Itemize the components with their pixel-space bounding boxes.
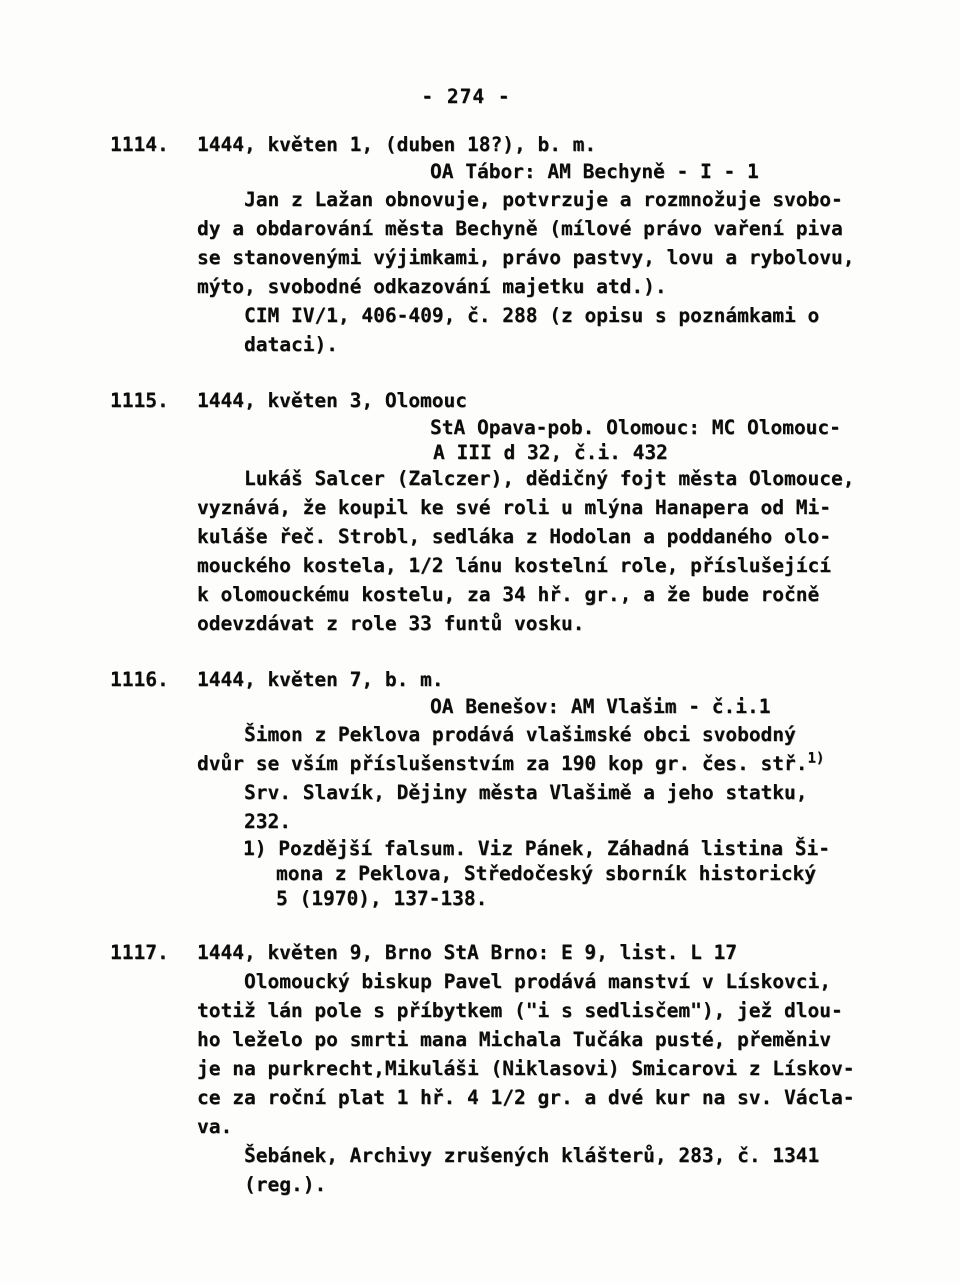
- text-line: 5 (1970), 137-138.: [276, 886, 960, 911]
- text-line: 1) Pozdější falsum. Viz Pánek, Záhadná l…: [243, 836, 960, 861]
- text-line: je na purkrecht,Mikuláši (Niklasovi) Smi…: [197, 1054, 960, 1083]
- text-line: mona z Peklova, Středočeský sborník hist…: [276, 861, 960, 886]
- text-line: (reg.).: [244, 1170, 960, 1199]
- entry-content: 1444, květen 7, b. m.OA Benešov: AM Vlaš…: [197, 665, 960, 911]
- page-number: - 274 -: [102, 86, 830, 108]
- text-line: mýto, svobodné odkazování majetku atd.).: [197, 272, 960, 301]
- text-line: se stanovenými výjimkami, právo pastvy, …: [197, 243, 960, 272]
- entry-number: 1116.: [102, 665, 197, 911]
- catalog-entry: 1114.1444, květen 1, (duben 18?), b. m.O…: [102, 130, 960, 359]
- text-line: kuláše řeč. Strobl, sedláka z Hodolan a …: [197, 522, 960, 551]
- entry-number: 1117.: [102, 938, 197, 1199]
- text-line: ce za roční plat 1 hř. 4 1/2 gr. a dvé k…: [197, 1083, 960, 1112]
- text-line: Srv. Slavík, Dějiny města Vlašimě a jeho…: [244, 778, 960, 807]
- text-line: Olomoucký biskup Pavel prodává manství v…: [244, 967, 960, 996]
- text-line: ho leželo po smrti mana Michala Tučáka p…: [197, 1025, 960, 1054]
- text-line: dy a obdarování města Bechyně (mílové pr…: [197, 214, 960, 243]
- text-line: OA Benešov: AM Vlašim - č.i.1: [430, 694, 960, 720]
- text-line: va.: [197, 1112, 960, 1141]
- entry-content: 1444, květen 3, OlomoucStA Opava-pob. Ol…: [197, 386, 960, 638]
- text-line: StA Opava-pob. Olomouc: MC Olomouc-: [430, 415, 960, 441]
- text-line: 1444, květen 3, Olomouc: [197, 386, 960, 415]
- text-line: dataci).: [244, 330, 960, 359]
- text-line: 1444, květen 7, b. m.: [197, 665, 960, 694]
- text-line: 1444, květen 9, Brno StA Brno: E 9, list…: [197, 938, 960, 967]
- text-line: 1444, květen 1, (duben 18?), b. m.: [197, 130, 960, 159]
- text-line: OA Tábor: AM Bechyně - I - 1: [430, 159, 960, 185]
- text-line: mouckého kostela, 1/2 lánu kostelní role…: [197, 551, 960, 580]
- catalog-entry: 1117.1444, květen 9, Brno StA Brno: E 9,…: [102, 938, 960, 1199]
- entry-content: 1444, květen 9, Brno StA Brno: E 9, list…: [197, 938, 960, 1199]
- entries-list: 1114.1444, květen 1, (duben 18?), b. m.O…: [102, 130, 960, 1199]
- text-line: CIM IV/1, 406-409, č. 288 (z opisu s poz…: [244, 301, 960, 330]
- footnote-ref: 1): [807, 751, 824, 767]
- text-line: Šimon z Peklova prodává vlašimské obci s…: [244, 720, 960, 749]
- entry-number: 1115.: [102, 386, 197, 638]
- text-line: odevzdávat z role 33 funtů vosku.: [197, 609, 960, 638]
- catalog-entry: 1115.1444, květen 3, OlomoucStA Opava-po…: [102, 386, 960, 638]
- entry-content: 1444, květen 1, (duben 18?), b. m.OA Táb…: [197, 130, 960, 359]
- text-line: totiž lán pole s příbytkem ("i s sedlisč…: [197, 996, 960, 1025]
- entry-number: 1114.: [102, 130, 197, 359]
- document-page: - 274 - 1114.1444, květen 1, (duben 18?)…: [0, 0, 960, 1285]
- text-line: 232.: [244, 807, 960, 836]
- text-line: A III d 32, č.i. 432: [433, 441, 960, 464]
- text-line: Lukáš Salcer (Zalczer), dědičný fojt měs…: [244, 464, 960, 493]
- text-line: Šebánek, Archivy zrušených klášterů, 283…: [244, 1141, 960, 1170]
- text-line: dvůr se vším příslušenstvím za 190 kop g…: [197, 749, 960, 778]
- text-line: k olomouckému kostelu, za 34 hř. gr., a …: [197, 580, 960, 609]
- text-line: vyznává, že koupil ke své roli u mlýna H…: [197, 493, 960, 522]
- text-line: Jan z Lažan obnovuje, potvrzuje a rozmno…: [244, 185, 960, 214]
- catalog-entry: 1116.1444, květen 7, b. m.OA Benešov: AM…: [102, 665, 960, 911]
